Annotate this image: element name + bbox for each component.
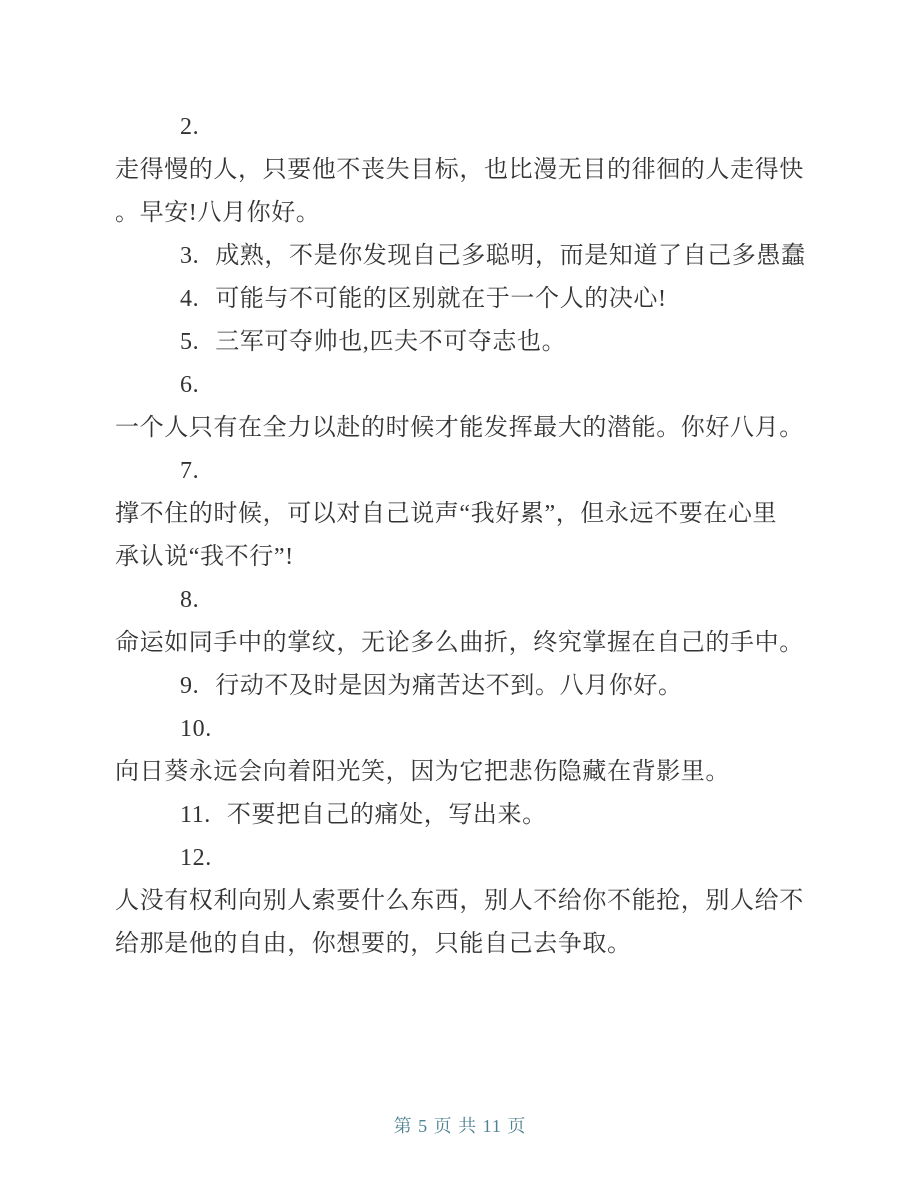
line-text: 走得慢的人，只要他不丧失目标，也比漫无目的徘徊的人走得快 <box>115 157 804 183</box>
text-line: 9.行动不及时是因为痛苦达不到。八月你好。 <box>115 665 805 708</box>
text-line: 8. <box>115 579 805 622</box>
text-line: 走得慢的人，只要他不丧失目标，也比漫无目的徘徊的人走得快 <box>115 149 805 192</box>
list-number: 7. <box>180 450 199 493</box>
text-line: 7. <box>115 450 805 493</box>
text-line: 6. <box>115 364 805 407</box>
text-line: 命运如同手中的掌纹，无论多么曲折，终究掌握在自己的手中。 <box>115 622 805 665</box>
list-number: 10. <box>180 708 212 751</box>
page-number-indicator: 第 5 页 共 11 页 <box>394 1116 527 1136</box>
list-number: 12. <box>180 837 212 880</box>
text-line: 一个人只有在全力以赴的时候才能发挥最大的潜能。你好八月。 <box>115 407 805 450</box>
document-page: 2.走得慢的人，只要他不丧失目标，也比漫无目的徘徊的人走得快。早安!八月你好。3… <box>0 0 920 1191</box>
list-number: 11. <box>180 794 211 837</box>
line-text: 向日葵永远会向着阳光笑，因为它把悲伤隐藏在背影里。 <box>115 759 730 785</box>
text-line: 向日葵永远会向着阳光笑，因为它把悲伤隐藏在背影里。 <box>115 751 805 794</box>
list-number: 5. <box>180 321 199 364</box>
line-text: 成熟，不是你发现自己多聪明，而是知道了自己多愚蠢 <box>215 243 805 269</box>
list-number: 8. <box>180 579 199 622</box>
text-line: 2. <box>115 106 805 149</box>
line-text: 给那是他的自由，你想要的，只能自己去争取。 <box>115 931 632 957</box>
line-text: 命运如同手中的掌纹，无论多么曲折，终究掌握在自己的手中。 <box>115 630 804 656</box>
text-line: 给那是他的自由，你想要的，只能自己去争取。 <box>115 923 805 966</box>
line-text: 一个人只有在全力以赴的时候才能发挥最大的潜能。你好八月。 <box>115 415 804 441</box>
line-text: 不要把自己的痛处，写出来。 <box>227 802 547 828</box>
line-text: 三军可夺帅也,匹夫不可夺志也。 <box>215 329 566 355</box>
text-line: 3.成熟，不是你发现自己多聪明，而是知道了自己多愚蠢 <box>115 235 805 278</box>
text-line: 撑不住的时候，可以对自己说声“我好累”，但永远不要在心里 <box>115 493 805 536</box>
text-line: 承认说“我不行”! <box>115 536 805 579</box>
line-text: 承认说“我不行”! <box>115 544 294 570</box>
text-line: 人没有权利向别人索要什么东西，别人不给你不能抢，别人给不 <box>115 880 805 923</box>
line-text: 。早安!八月你好。 <box>115 200 320 226</box>
text-line: 。早安!八月你好。 <box>115 192 805 235</box>
page-footer: 第 5 页 共 11 页 <box>0 1112 920 1138</box>
line-text: 可能与不可能的区别就在于一个人的决心! <box>215 286 666 312</box>
line-text: 人没有权利向别人索要什么东西，别人不给你不能抢，别人给不 <box>115 888 804 914</box>
list-number: 3. <box>180 235 199 278</box>
text-line: 12. <box>115 837 805 880</box>
list-number: 4. <box>180 278 199 321</box>
text-line: 11.不要把自己的痛处，写出来。 <box>115 794 805 837</box>
text-line: 10. <box>115 708 805 751</box>
document-body: 2.走得慢的人，只要他不丧失目标，也比漫无目的徘徊的人走得快。早安!八月你好。3… <box>115 106 805 966</box>
list-number: 6. <box>180 364 199 407</box>
text-line: 5.三军可夺帅也,匹夫不可夺志也。 <box>115 321 805 364</box>
list-number: 2. <box>180 106 199 149</box>
line-text: 撑不住的时候，可以对自己说声“我好累”，但永远不要在心里 <box>115 501 777 527</box>
list-number: 9. <box>180 665 199 708</box>
line-text: 行动不及时是因为痛苦达不到。八月你好。 <box>215 673 682 699</box>
text-line: 4.可能与不可能的区别就在于一个人的决心! <box>115 278 805 321</box>
